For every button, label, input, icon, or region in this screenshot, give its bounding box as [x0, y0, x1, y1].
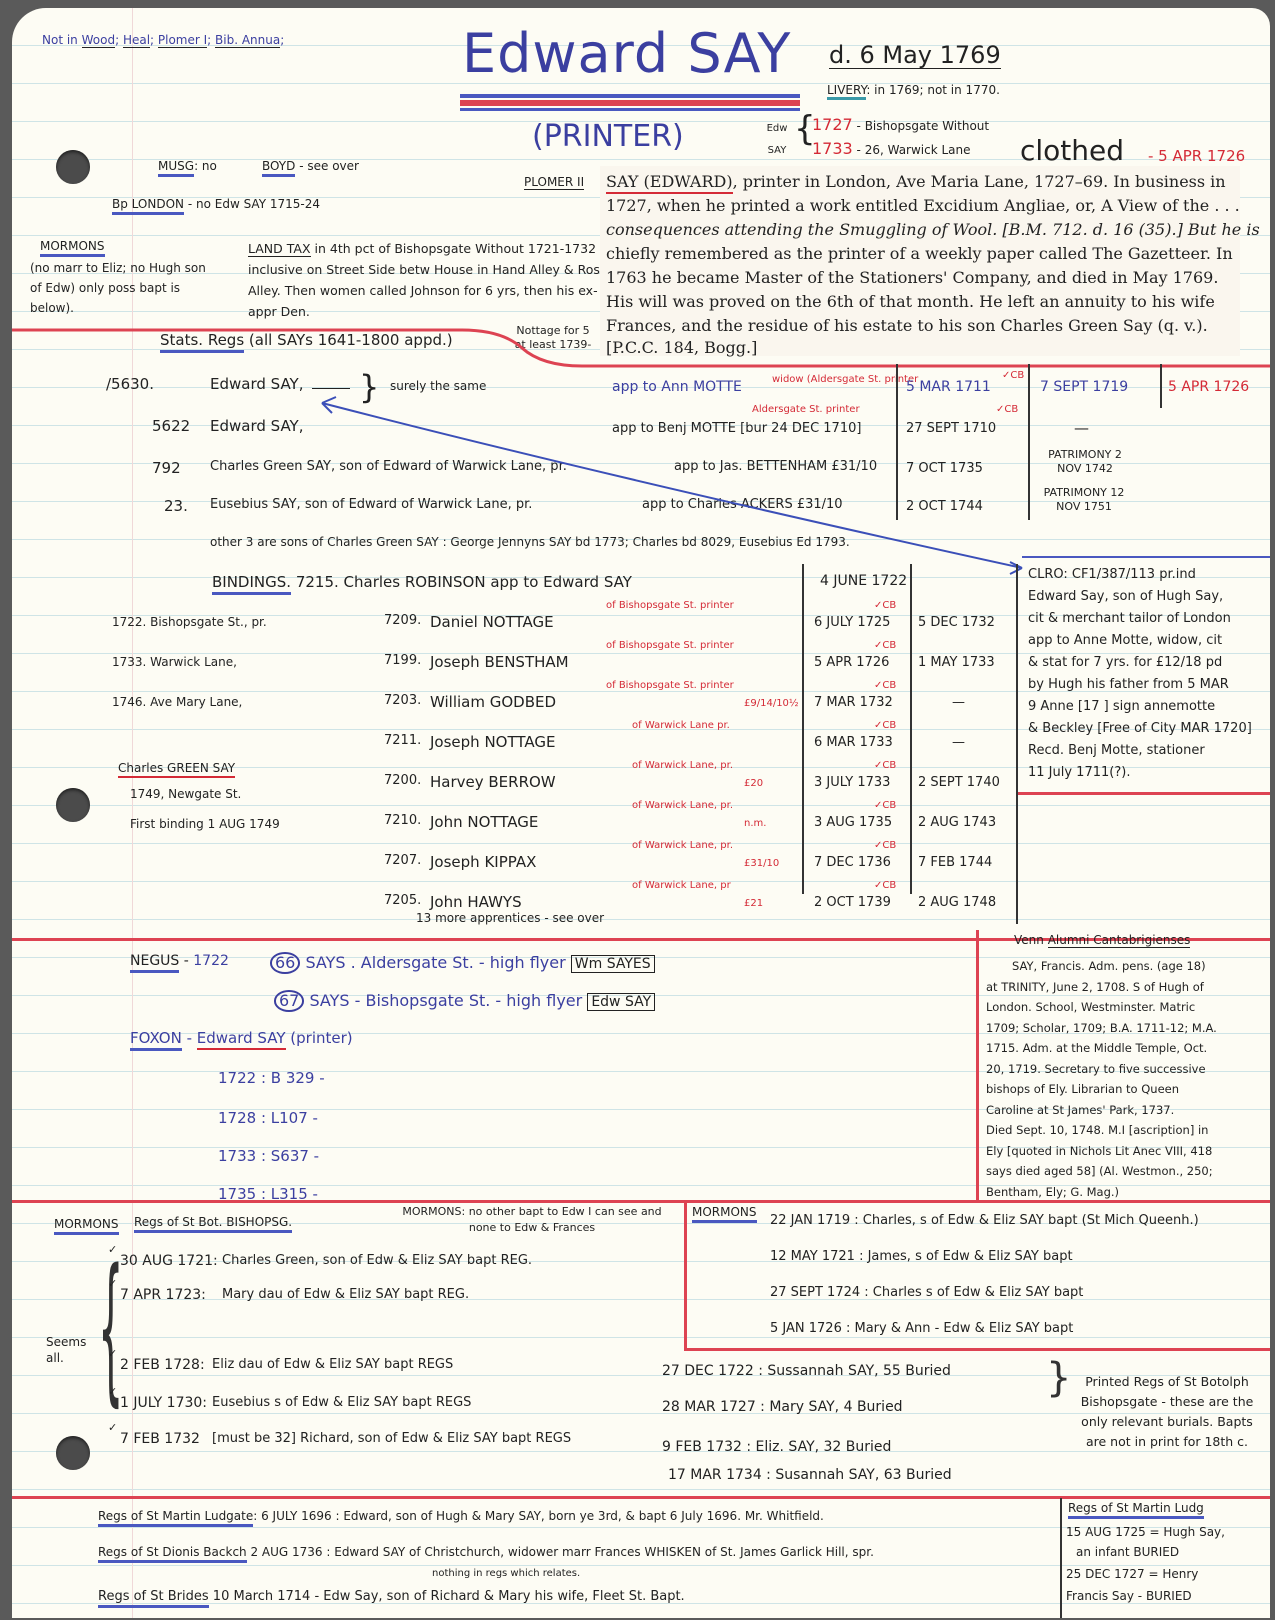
- binding-date: 2 OCT 1739: [814, 896, 891, 910]
- death-date: d. 6 May 1769: [829, 42, 1001, 69]
- clothed-label: clothed: [1020, 136, 1124, 167]
- burial-entry: 27 DEC 1722 : Sussannah SAY, 55 Buried: [662, 1364, 951, 1379]
- foxon-name: Edward SAY: [197, 1029, 286, 1050]
- more-apprentices-note: 13 more apprentices - see over: [416, 912, 604, 925]
- bp-text: - no Edw SAY 1715-24: [188, 197, 320, 211]
- foxon-note: (printer): [290, 1029, 352, 1047]
- stats-name: Charles Green SAY, son of Edward of Warw…: [210, 460, 567, 474]
- clro-bottom-rule: [1018, 792, 1270, 795]
- negus-entry: 67 SAYS - Bishopsgate St. - high flyer E…: [274, 990, 655, 1012]
- foxon-entry: 1733 : S637 -: [218, 1148, 319, 1165]
- boyd-text: - see over: [299, 159, 359, 173]
- binding-date: 6 MAR 1733: [814, 736, 893, 750]
- binding-date: 6 JULY 1725: [814, 616, 890, 630]
- musg: MUSG: no: [158, 160, 217, 173]
- negus-label: NEGUS: [130, 953, 179, 973]
- charles-green-name: Charles GREEN SAY: [118, 762, 235, 775]
- binding-free-date: 7 FEB 1744: [918, 856, 992, 870]
- venn-line: Ely [quoted in Nichols Lit Anec VIII, 41…: [986, 1145, 1212, 1158]
- venn-line: bishops of Ely. Librarian to Queen: [986, 1083, 1179, 1096]
- venn-line: London. School, Westminster. Matric: [986, 1001, 1195, 1014]
- binding-address: 1733. Warwick Lane,: [112, 656, 237, 669]
- binding-address: 1722. Bishopsgate St., pr.: [112, 616, 267, 629]
- venn-line: Died Sept. 10, 1748. M.I [ascription] in: [986, 1124, 1208, 1137]
- plomer-line-text: , printer in London, Ave Maria Lane, 172…: [733, 172, 1226, 191]
- charles-green-address: 1749, Newgate St.: [130, 788, 241, 801]
- binding-free-date: —: [952, 696, 965, 710]
- check-mark: ✓: [108, 1422, 117, 1434]
- binding-number: 7203.: [384, 694, 421, 708]
- check-mark: ✓: [108, 1278, 117, 1290]
- plomer-line: 1763 he became Master of the Stationers'…: [606, 266, 1218, 290]
- martin-box-line: an infant BURIED: [1076, 1546, 1179, 1559]
- binding-date: 5 APR 1726: [814, 656, 889, 670]
- stats-num: 23.: [164, 498, 188, 515]
- notebook-page: Not in Wood; Heal; Plomer I; Bib. Annua;…: [12, 8, 1270, 1618]
- binding-fee: £31/10: [744, 858, 779, 869]
- binding-address: 1746. Ave Mary Lane,: [112, 696, 242, 709]
- baptism-text: Eliz dau of Edw & Eliz SAY bapt REGS: [212, 1358, 453, 1372]
- cb-mark: ✓CB: [874, 720, 896, 731]
- clro-line: & Beckley [Free of City MAR 1720]: [1028, 722, 1252, 736]
- stats-date: 5 MAR 1711: [906, 380, 991, 395]
- binding-apprentice: William GODBED: [430, 694, 556, 711]
- binding-apprentice: Joseph BENSTHAM: [430, 654, 569, 671]
- clro-line: app to Anne Motte, widow, cit: [1028, 634, 1222, 648]
- baptism-text: [must be 32] Richard, son of Edw & Eliz …: [212, 1432, 571, 1446]
- address-1733: 1733 - 26, Warwick Lane: [812, 140, 971, 158]
- column-divider: [896, 364, 898, 520]
- address-place: - 26, Warwick Lane: [857, 143, 971, 157]
- negus-entry-who: Wm SAYES: [571, 955, 655, 973]
- plomer-label-text: PLOMER II: [524, 175, 584, 190]
- binding-free-date: 2 AUG 1748: [918, 896, 996, 910]
- plomer-line: chiefly remembered as the printer of a w…: [606, 242, 1233, 266]
- negus-entry-text: SAYS - Bishopsgate St. - high flyer: [309, 991, 582, 1010]
- botolph-title: Regs of St Bot. BISHOPSG.: [134, 1216, 292, 1229]
- margin-line: [132, 8, 133, 1618]
- binding-master: of Warwick Lane, pr: [632, 880, 731, 891]
- clro-line: & stat for 7 yrs. for £12/18 pd: [1028, 656, 1222, 670]
- mormons-box-bottom: [684, 1348, 1270, 1351]
- binding-apprentice: John HAWYS: [430, 894, 522, 911]
- cb-mark: ✓CB: [1002, 370, 1024, 381]
- musg-label: MUSG: [158, 159, 194, 177]
- binding-fee: n.m.: [744, 818, 766, 829]
- negus-year: 1722: [193, 953, 229, 969]
- binding-apprentice: Daniel NOTTAGE: [430, 614, 554, 631]
- cb-mark: ✓CB: [996, 404, 1018, 415]
- stats-date: 7 SEPT 1719: [1040, 380, 1128, 395]
- martin-text: : 6 JULY 1696 : Edward, son of Hugh & Ma…: [253, 1509, 824, 1523]
- stats-app-note: Aldersgate St. printer: [752, 404, 860, 415]
- clro-top-rule: [1022, 556, 1270, 558]
- venn-title: Venn Alumni Cantabrigienses: [1014, 934, 1190, 947]
- martin-box-title: Regs of St Martin Ludg: [1068, 1502, 1204, 1515]
- boyd: BOYD - see over: [262, 160, 359, 173]
- botolph-mormons-label: MORMONS: [54, 1217, 119, 1235]
- stats-name: Edward SAY,: [210, 376, 303, 393]
- stats-num: 792: [152, 460, 181, 477]
- martin-box-label: Regs of St Martin Ludg: [1068, 1501, 1204, 1519]
- martin-label: Regs of St Martin Ludgate: [98, 1509, 253, 1527]
- binding-master: of Bishopsgate St. printer: [606, 600, 734, 611]
- bracket-note: surely the same: [390, 380, 486, 393]
- stats-date: PATRIMONY 12 NOV 1751: [1036, 486, 1132, 514]
- boyd-label: BOYD: [262, 159, 295, 177]
- dionis-entry: Regs of St Dionis Backch 2 AUG 1736 : Ed…: [98, 1546, 874, 1559]
- bp-label: Bp LONDON: [112, 197, 184, 215]
- section-rule: [12, 1496, 1270, 1499]
- mormons-baptism: 27 SEPT 1724 : Charles s of Edw & Eliz S…: [770, 1286, 1083, 1300]
- binding-number: 7199.: [384, 654, 421, 668]
- check-mark: ✓: [108, 1244, 117, 1256]
- musg-text: : no: [194, 159, 217, 173]
- column-divider: [802, 564, 804, 894]
- punch-hole: [56, 1436, 90, 1470]
- binding-free-date: 5 DEC 1732: [918, 616, 995, 630]
- negus-entry-text: SAYS . Aldersgate St. - high flyer: [305, 953, 565, 972]
- bindings-first: 7215. Charles ROBINSON app to Edward SAY: [296, 573, 632, 591]
- foxon: FOXON - Edward SAY (printer): [130, 1030, 353, 1047]
- title-underline-red: [460, 100, 800, 106]
- column-divider: [1160, 364, 1162, 408]
- binding-apprentice: Harvey BERROW: [430, 774, 556, 791]
- binding-date: 7 DEC 1736: [814, 856, 891, 870]
- brides-text: 10 March 1714 - Edw Say, son of Richard …: [213, 1589, 685, 1604]
- martin-box-line: 25 DEC 1727 = Henry: [1066, 1568, 1198, 1581]
- stats-regs-heading: Stats. Regs (all SAYs 1641-1800 appd.): [160, 332, 453, 349]
- clro-line: CLRO: CF1/387/113 pr.ind: [1028, 568, 1196, 582]
- dionis-text: 2 AUG 1736 : Edward SAY of Christchurch,…: [250, 1545, 873, 1559]
- mormons-baptism: 12 MAY 1721 : James, s of Edw & Eliz SAY…: [770, 1250, 1073, 1264]
- binding-date: 3 JULY 1733: [814, 776, 890, 790]
- stats-date: —: [1074, 420, 1089, 437]
- dash: [312, 388, 350, 389]
- column-divider: [1060, 1498, 1062, 1618]
- stats-date: 2 OCT 1744: [906, 500, 983, 514]
- binding-number: 7210.: [384, 814, 421, 828]
- clro-line: 9 Anne [17 ] sign annemotte: [1028, 700, 1215, 714]
- binding-date: 4 JUNE 1722: [820, 574, 907, 589]
- stats-name: Eusebius SAY, son of Edward of Warwick L…: [210, 498, 532, 512]
- occupation: (PRINTER): [532, 120, 684, 153]
- binding-fee: £20: [744, 778, 763, 789]
- binding-free-date: 1 MAY 1733: [918, 656, 995, 670]
- binding-number: 7200.: [384, 774, 421, 788]
- cb-mark: ✓CB: [874, 640, 896, 651]
- binding-apprentice: John NOTTAGE: [430, 814, 538, 831]
- venn-line: says died aged 58] (Al. Westmon., 250;: [986, 1165, 1213, 1178]
- cb-mark: ✓CB: [874, 760, 896, 771]
- clro-line: Recd. Benj Motte, stationer: [1028, 744, 1205, 758]
- livery-label: LIVERY: [827, 83, 866, 100]
- binding-apprentice: Joseph KIPPAX: [430, 854, 536, 871]
- punch-hole: [56, 788, 90, 822]
- baptism-date: 30 AUG 1721:: [120, 1254, 218, 1269]
- address-place: - Bishopsgate Without: [857, 119, 990, 133]
- title-underline-blue: [460, 94, 800, 98]
- plomer-headword: SAY (EDWARD): [606, 172, 733, 194]
- burial-entry: 28 MAR 1727 : Mary SAY, 4 Buried: [662, 1400, 903, 1415]
- plomer-line: consequences attending the Smuggling of …: [606, 218, 1260, 242]
- binding-fee: £9/14/10½: [744, 698, 799, 709]
- botolph-note: MORMONS: no other bapt to Edw I can see …: [392, 1204, 672, 1236]
- baptism-date: 2 FEB 1728:: [120, 1358, 205, 1373]
- column-divider: [1028, 364, 1030, 520]
- clro-line: Edward Say, son of Hugh Say,: [1028, 590, 1223, 604]
- source-wood: Wood: [82, 33, 115, 48]
- mormons-baptism: 5 JAN 1726 : Mary & Ann - Edw & Eliz SAY…: [770, 1322, 1073, 1336]
- clro-line: 11 July 1711(?).: [1028, 766, 1130, 780]
- binding-master: of Bishopsgate St. printer: [606, 640, 734, 651]
- baptism-date: 7 APR 1723:: [120, 1288, 206, 1303]
- column-divider: [910, 564, 912, 894]
- source-heal: Heal: [123, 33, 150, 48]
- binding-master: of Bishopsgate St. printer: [606, 680, 734, 691]
- livery-text: : in 1769; not in 1770.: [866, 83, 1000, 97]
- cb-mark: ✓CB: [874, 680, 896, 691]
- binding-fee: £21: [744, 898, 763, 909]
- cb-mark: ✓CB: [874, 800, 896, 811]
- column-divider: [1016, 564, 1018, 924]
- land-tax-label: LAND TAX: [248, 241, 311, 257]
- binding-number: 7207.: [384, 854, 421, 868]
- page-title: Edward SAY: [462, 24, 791, 83]
- stats-app: app to Ann MOTTE: [612, 380, 742, 395]
- binding-date: 7 MAR 1732: [814, 696, 893, 710]
- not-in-label: Not in: [42, 33, 78, 47]
- title-underline-blue: [460, 108, 800, 111]
- baptism-date: 1 JULY 1730:: [120, 1396, 207, 1411]
- stats-num: /5630.: [106, 376, 154, 393]
- mormons-right-label: MORMONS: [692, 1206, 757, 1219]
- foxon-entry: 1722 : B 329 -: [218, 1070, 325, 1087]
- charles-green-name-text: Charles GREEN SAY: [118, 761, 235, 778]
- stats-date: 27 SEPT 1710: [906, 422, 996, 436]
- charles-green-binding: First binding 1 AUG 1749: [130, 818, 280, 831]
- binding-free-date: 2 SEPT 1740: [918, 776, 1000, 790]
- brides-label: Regs of St Brides: [98, 1589, 209, 1608]
- clothed-date: - 5 APR 1726: [1148, 148, 1245, 165]
- plomer-label: PLOMER II: [524, 176, 584, 189]
- plomer-line: 1727, when he printed a work entitled Ex…: [606, 194, 1240, 218]
- binding-master: of Warwick Lane pr.: [632, 720, 730, 731]
- check-mark: ✓: [108, 1386, 117, 1398]
- binding-date: 3 AUG 1735: [814, 816, 892, 830]
- negus: NEGUS - 1722: [130, 954, 229, 969]
- venn-line: Caroline at St James' Park, 1737.: [986, 1104, 1174, 1117]
- address-1727: 1727 - Bishopsgate Without: [812, 116, 989, 134]
- other-sons-note: other 3 are sons of Charles Green SAY : …: [210, 536, 850, 549]
- burial-entry: 17 MAR 1734 : Susannah SAY, 63 Buried: [668, 1468, 952, 1483]
- negus-entry-number: 67: [274, 990, 304, 1012]
- baptism-text: Mary dau of Edw & Eliz SAY bapt REG.: [222, 1288, 469, 1302]
- plomer-line: SAY (EDWARD), printer in London, Ave Mar…: [606, 170, 1226, 194]
- stats-regs-title: Stats. Regs: [160, 331, 244, 353]
- mormons-right-label-text: MORMONS: [692, 1205, 757, 1223]
- baptism-date: 7 FEB 1732: [120, 1432, 200, 1447]
- not-in-sources: Not in Wood; Heal; Plomer I; Bib. Annua;: [42, 34, 284, 47]
- clro-line: by Hugh his father from 5 MAR: [1028, 678, 1229, 692]
- cb-mark: ✓CB: [874, 600, 896, 611]
- martin-ludgate-entry: Regs of St Martin Ludgate: 6 JULY 1696 :…: [98, 1510, 824, 1523]
- brides-entry: Regs of St Brides 10 March 1714 - Edw Sa…: [98, 1590, 685, 1604]
- baptism-text: Eusebius s of Edw & Eliz SAY bapt REGS: [212, 1396, 471, 1410]
- stats-app: app to Charles ACKERS £31/10: [642, 498, 843, 512]
- venn-line: 20, 1719. Secretary to five successive: [986, 1063, 1206, 1076]
- stats-regs-subtitle: (all SAYs 1641-1800 appd.): [249, 331, 453, 349]
- negus-entry: 66 SAYS . Aldersgate St. - high flyer Wm…: [270, 952, 655, 974]
- stats-num: 5622: [152, 418, 190, 435]
- mormons-baptism: 22 JAN 1719 : Charles, s of Edw & Eliz S…: [770, 1214, 1199, 1228]
- bracket: }: [359, 370, 379, 405]
- cb-mark: ✓CB: [874, 880, 896, 891]
- venn-title-text: Alumni Cantabrigienses: [1048, 933, 1191, 948]
- dionis-note: nothing in regs which relates.: [432, 1568, 580, 1579]
- venn-line: 1715. Adm. at the Middle Temple, Oct.: [986, 1042, 1207, 1055]
- burial-entry: 9 FEB 1732 : Eliz. SAY, 32 Buried: [662, 1440, 891, 1455]
- baptism-text: Charles Green, son of Edw & Eliz SAY bap…: [222, 1254, 532, 1268]
- address-year: 1727: [812, 115, 853, 134]
- binding-free-date: —: [952, 736, 965, 750]
- mormons-box-border: [684, 1200, 687, 1350]
- venn-line: SAY, Francis. Adm. pens. (age 18): [1012, 960, 1206, 973]
- punch-hole: [56, 150, 90, 184]
- check-mark: ✓: [108, 1348, 117, 1360]
- foxon-label: FOXON: [130, 1029, 182, 1051]
- binding-master: of Warwick Lane, pr.: [632, 760, 733, 771]
- mormons-label-text: MORMONS: [40, 239, 105, 257]
- brace: }: [1046, 1358, 1071, 1398]
- burials-note: Printed Regs of St Botolph Bishopsgate -…: [1072, 1372, 1262, 1452]
- addresses-label: Edw SAY: [762, 118, 792, 162]
- binding-number: 7211.: [384, 734, 421, 748]
- binding-number: 7209.: [384, 614, 421, 628]
- botolph-title-text: Regs of St Bot. BISHOPSG.: [134, 1215, 292, 1233]
- binding-master: of Warwick Lane, pr.: [632, 800, 733, 811]
- seems-all-note: Seems all.: [46, 1334, 86, 1366]
- martin-box-line: Francis Say - BURIED: [1066, 1590, 1192, 1603]
- venn-line: 1709; Scholar, 1709; B.A. 1711-12; M.A.: [986, 1022, 1217, 1035]
- venn-line: at TRINITY, June 2, 1708. S of Hugh of: [986, 981, 1204, 994]
- stats-date: PATRIMONY 2 NOV 1742: [1040, 448, 1130, 476]
- negus-entry-who: Edw SAY: [587, 993, 655, 1011]
- binding-apprentice: Joseph NOTTAGE: [430, 734, 555, 751]
- dionis-label: Regs of St Dionis Backch: [98, 1545, 247, 1563]
- livery: LIVERY: in 1769; not in 1770.: [827, 84, 1000, 97]
- stats-date: 7 OCT 1735: [906, 462, 983, 476]
- martin-box-line: 15 AUG 1725 = Hugh Say,: [1066, 1526, 1225, 1539]
- stats-app: app to Jas. BETTENHAM £31/10: [674, 460, 877, 474]
- stats-app: app to Benj MOTTE [bur 24 DEC 1710]: [612, 422, 861, 436]
- negus-entry-number: 66: [270, 952, 300, 974]
- clro-line: cit & merchant tailor of London: [1028, 612, 1231, 626]
- foxon-entry: 1728 : L107 -: [218, 1110, 318, 1127]
- binding-free-date: 2 AUG 1743: [918, 816, 996, 830]
- bindings-title: BINDINGS.: [212, 573, 291, 595]
- source-plomer-i: Plomer I: [158, 33, 207, 48]
- mormons-label: MORMONS: [40, 240, 105, 253]
- brace: {: [98, 1248, 123, 1408]
- binding-master: of Warwick Lane, pr.: [632, 840, 733, 851]
- venn-box-border: [976, 930, 979, 1200]
- bindings-heading: BINDINGS. 7215. Charles ROBINSON app to …: [212, 574, 632, 591]
- stats-date: 5 APR 1726: [1168, 380, 1249, 395]
- botolph-mormons: MORMONS: [54, 1218, 119, 1231]
- cb-mark: ✓CB: [874, 840, 896, 851]
- venn-prefix: Venn: [1014, 933, 1044, 947]
- stats-name: Edward SAY,: [210, 418, 303, 435]
- binding-number: 7205.: [384, 894, 421, 908]
- bp-london: Bp LONDON - no Edw SAY 1715-24: [112, 198, 320, 211]
- address-year: 1733: [812, 139, 853, 158]
- venn-line: Bentham, Ely; G. Mag.): [986, 1186, 1119, 1199]
- source-bib-annua: Bib. Annua: [215, 33, 280, 48]
- section-rule: [12, 1200, 1270, 1203]
